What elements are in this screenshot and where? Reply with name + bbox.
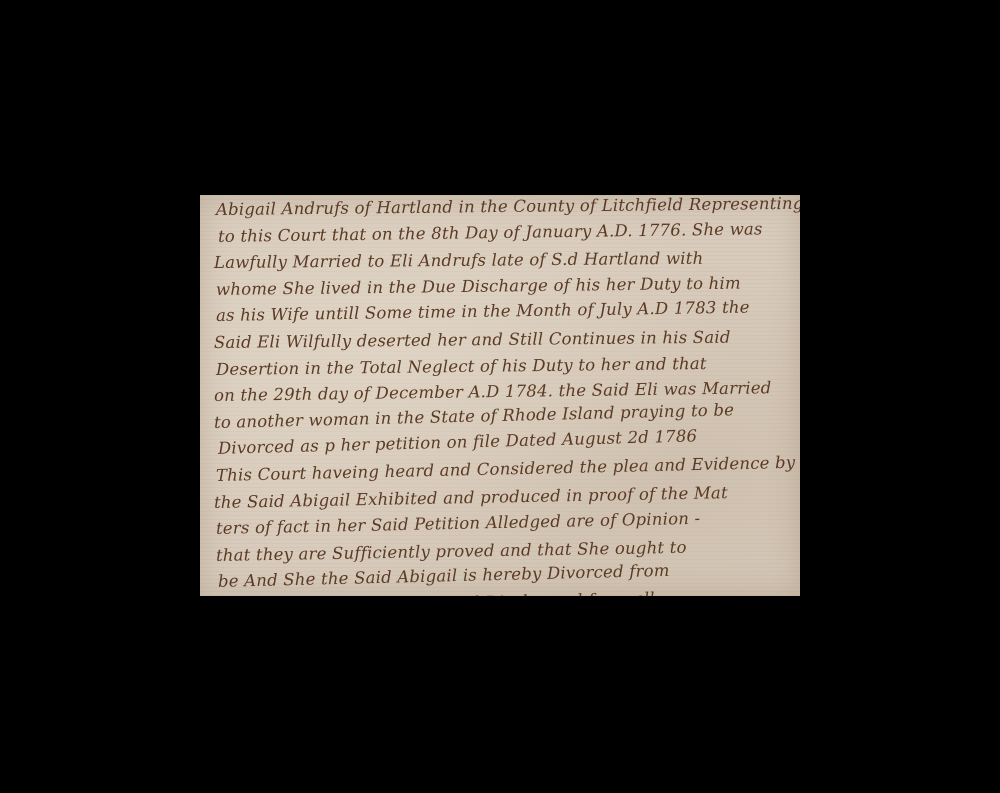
- manuscript-page: Abigail Andrufs of Hartland in the Count…: [200, 195, 800, 596]
- viewer-background: Abigail Andrufs of Hartland in the Count…: [0, 0, 1000, 793]
- manuscript-text: Abigail Andrufs of Hartland in the Count…: [214, 197, 794, 596]
